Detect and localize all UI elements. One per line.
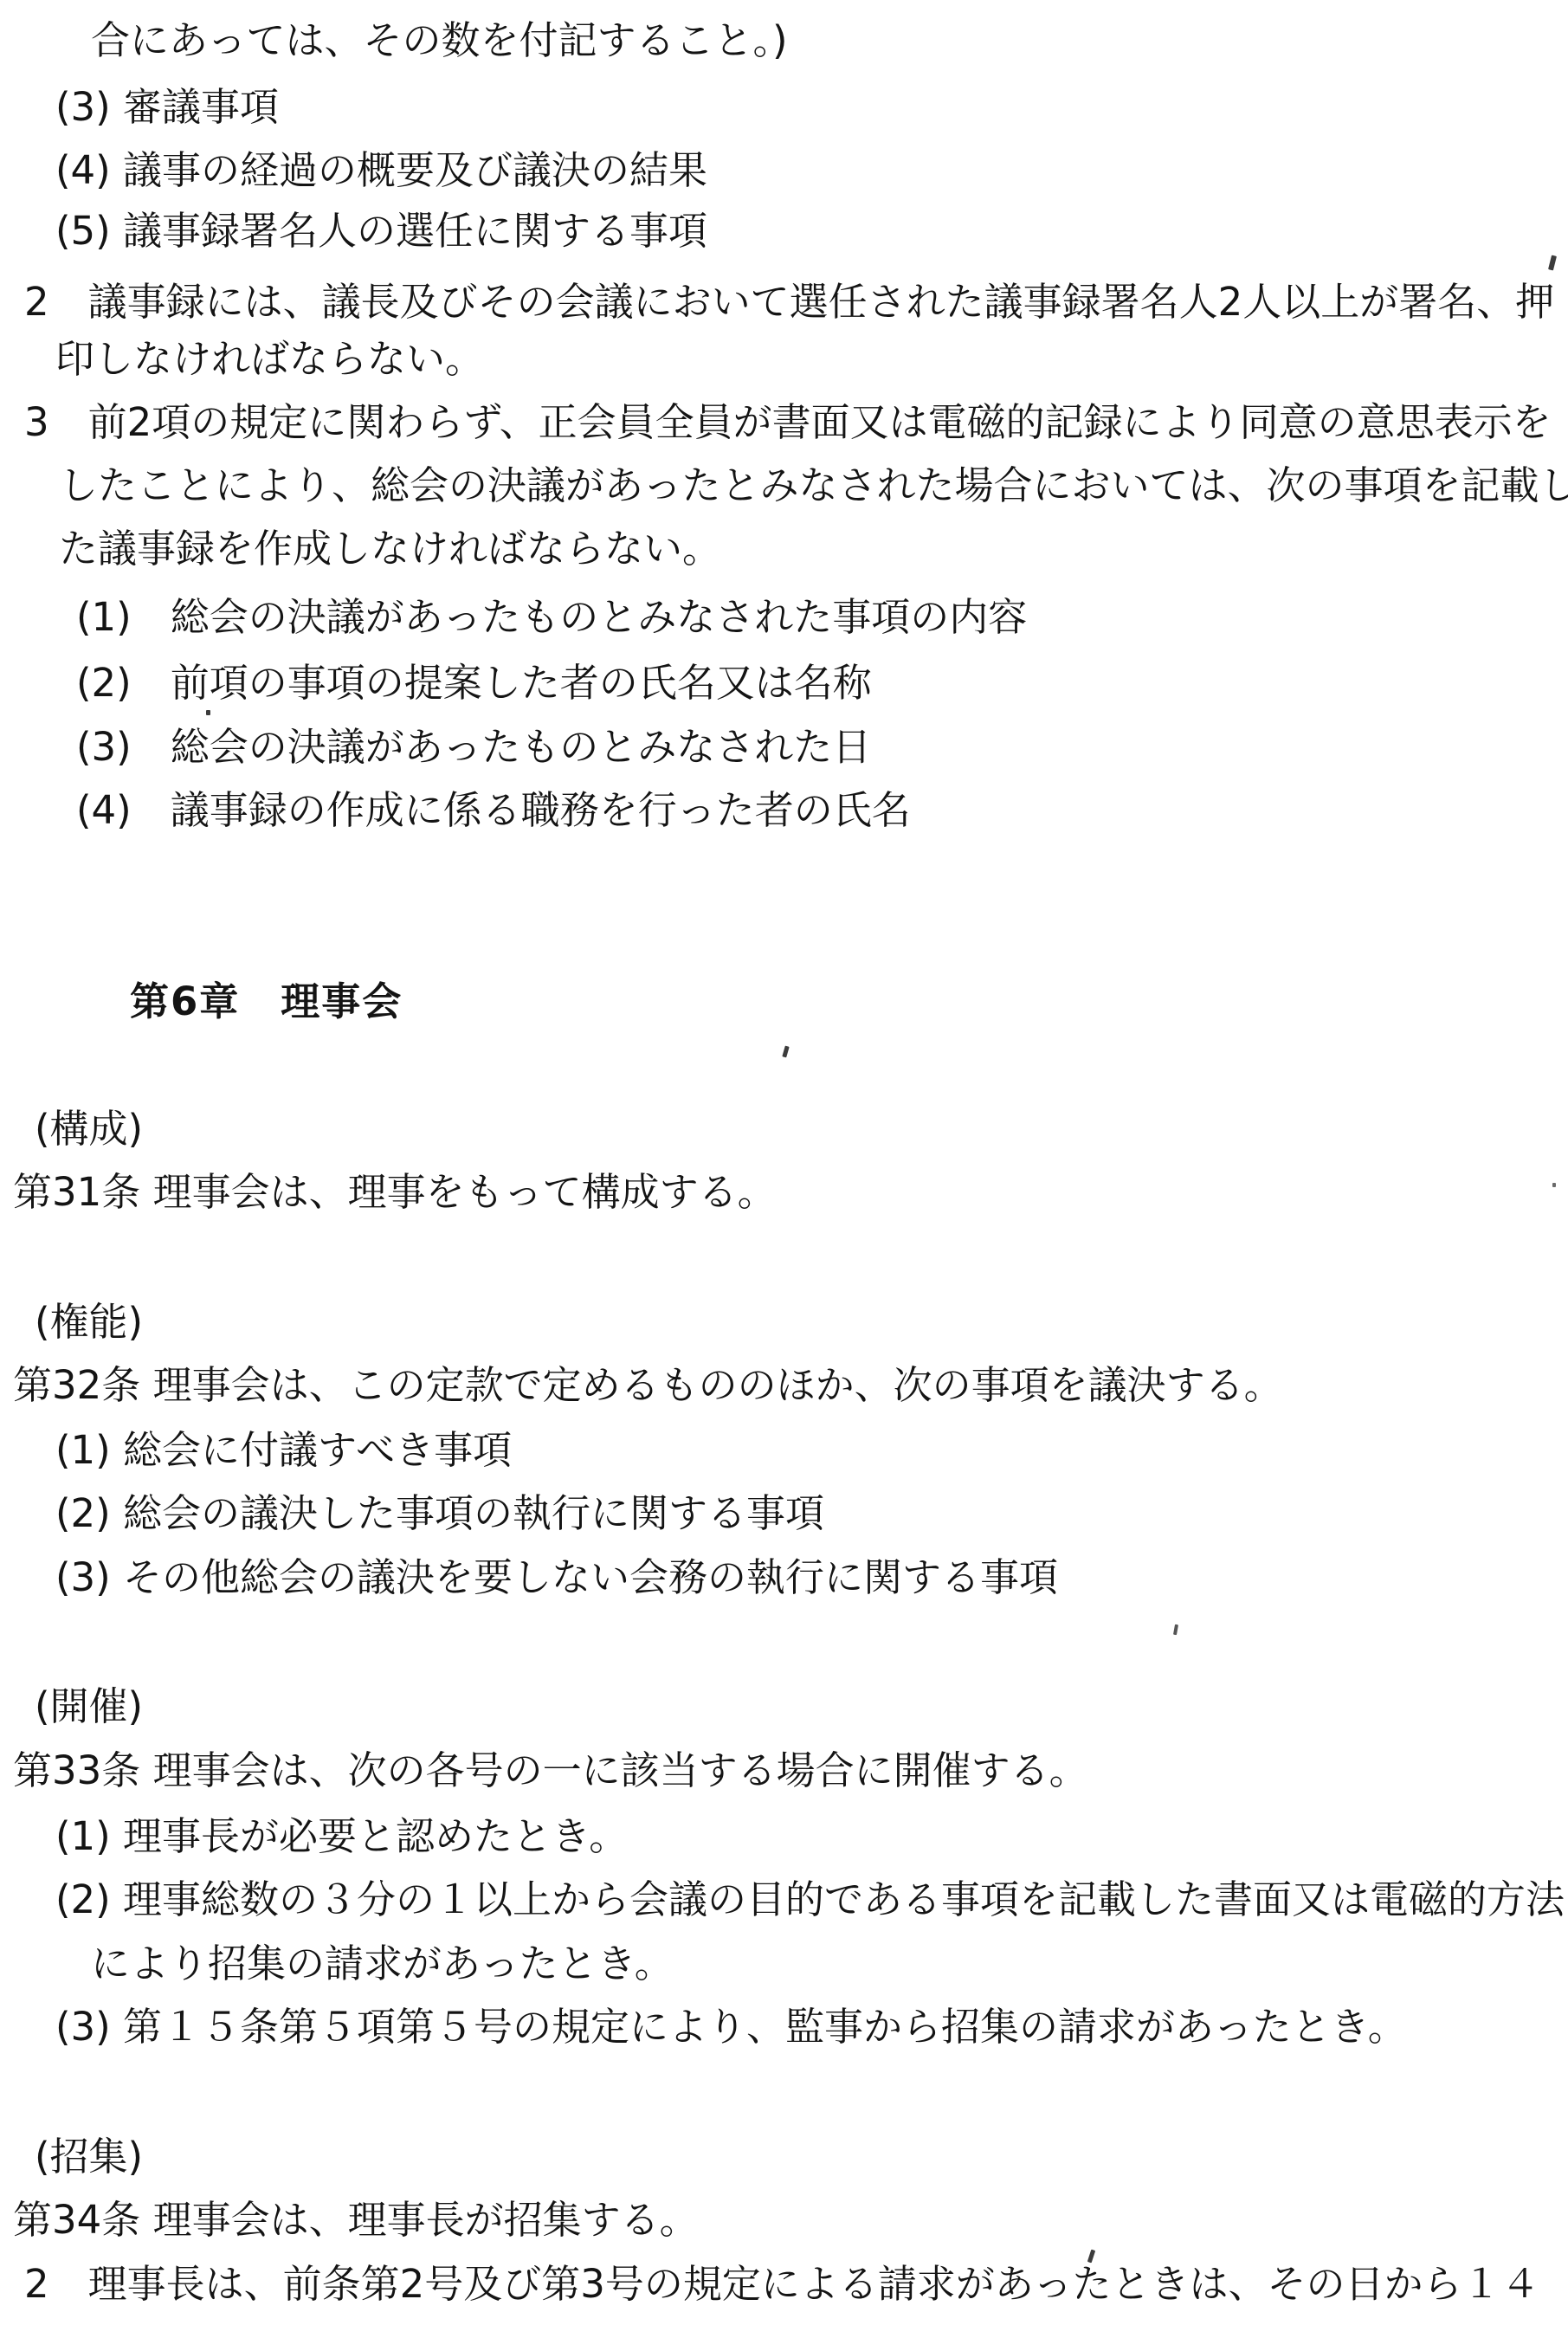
article32-item-2: (2) 総会の議決した事項の執行に関する事項 [55,1493,824,1534]
article34-label: (招集) [35,2136,143,2178]
article34-para2-line: 2 理事長は、前条第2号及び第3号の規定による請求があったときは、その日から１４ [24,2264,1539,2305]
minutes-item-3: (3) 審議事項 [55,87,279,128]
scan-speck [1552,1183,1556,1187]
article33-item-3: (3) 第１５条第５項第５号の規定により、監事から招集の請求があったとき。 [55,2006,1407,2048]
article33-body: 第33条 理事会は、次の各号の一に該当する場合に開催する。 [13,1750,1088,1792]
article32-body: 第32条 理事会は、この定款で定めるもののほか、次の事項を議決する。 [13,1365,1283,1406]
minutes-item-5: (5) 議事録署名人の選任に関する事項 [55,210,707,252]
article31-body: 第31条 理事会は、理事をもって構成する。 [13,1172,777,1213]
deemed-resolution-item-3: (3) 総会の決議があったものとみなされた日 [76,727,871,768]
scanned-bylaws-page: 合にあっては、その数を付記すること。) (3) 審議事項 (4) 議事の経過の概… [0,0,1568,2338]
minutes-para3-line1: 3 前2項の規定に関わらず、正会員全員が書面又は電磁的記録により同意の意思表示を [24,402,1552,443]
minutes-continuation-line: 合にあっては、その数を付記すること。) [91,20,788,61]
article32-item-3: (3) その他総会の議決を要しない会務の執行に関する事項 [55,1557,1058,1598]
deemed-resolution-item-4: (4) 議事録の作成に係る職務を行った者の氏名 [76,790,911,831]
deemed-resolution-item-2: (2) 前項の事項の提案した者の氏名又は名称 [76,662,872,704]
article32-label: (権能) [35,1301,143,1343]
deemed-resolution-item-1: (1) 総会の決議があったものとみなされた事項の内容 [76,597,1027,638]
article32-item-1: (1) 総会に付議すべき事項 [55,1430,512,1471]
scan-speck [1548,255,1557,271]
article34-body: 第34条 理事会は、理事長が招集する。 [13,2199,699,2241]
minutes-para3-line3: た議事録を作成しなければならない。 [59,528,721,570]
minutes-para3-line2: したことにより、総会の決議があったとみなされた場合においては、次の事項を記載し [59,465,1568,507]
minutes-item-4: (4) 議事の経過の概要及び議決の結果 [55,150,707,191]
article33-item-1: (1) 理事長が必要と認めたとき。 [55,1816,628,1857]
scan-speck [1173,1624,1178,1636]
chapter6-heading: 第6章 理事会 [130,981,403,1023]
article33-item-2: (2) 理事総数の３分の１以上から会議の目的である事項を記載した書面又は電磁的方… [55,1879,1565,1921]
article31-label: (構成) [35,1108,143,1150]
article33-label: (開催) [35,1686,143,1728]
article33-item-2-continuation: により招集の請求があったとき。 [91,1943,674,1985]
minutes-para2-line2: 印しなければならない。 [55,339,484,380]
scan-speck [206,710,210,715]
scan-speck [782,1046,789,1058]
minutes-para2-line1: 2 議事録には、議長及びその会議において選任された議事録署名人2人以上が署名、押 [24,281,1554,323]
